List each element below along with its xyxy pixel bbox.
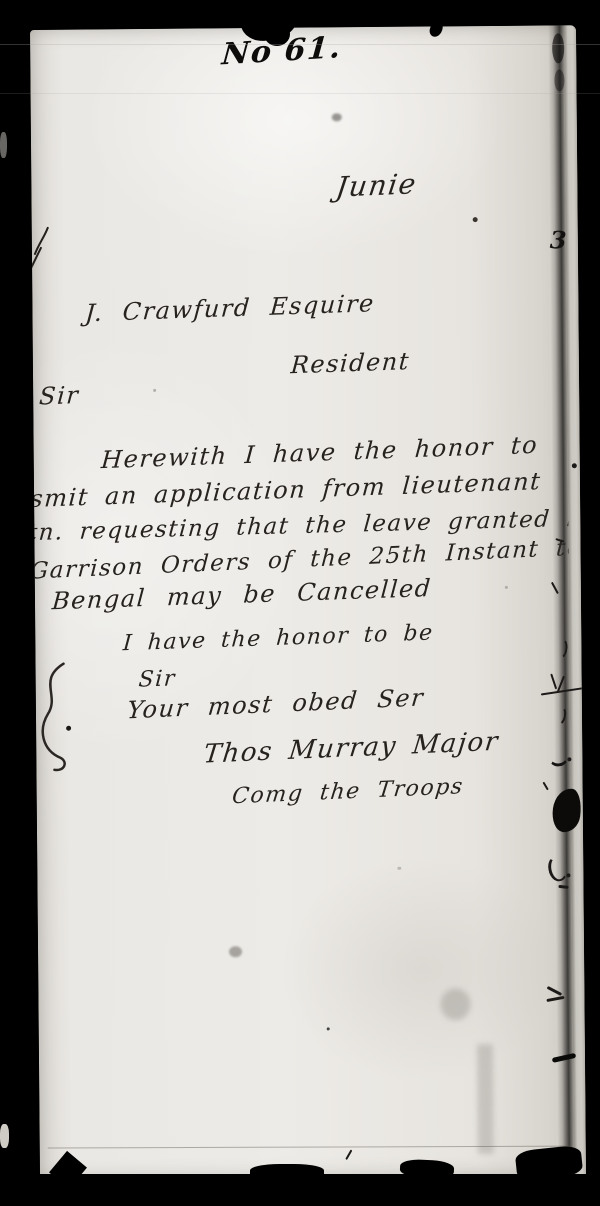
marginal-numeral: 3: [549, 225, 568, 254]
signature-title: Comg the Troops: [231, 774, 466, 809]
border-glint: [0, 1124, 9, 1148]
paper-speck: [229, 946, 242, 957]
signature-name: Thos Murray Major: [202, 727, 501, 770]
border-glint: [0, 132, 7, 158]
paper-speck: [327, 1027, 330, 1030]
ink-fragment-squiggle: [30, 662, 73, 780]
ink-fragment-dot: [567, 757, 571, 761]
paper-speck: [505, 586, 508, 589]
ink-fragment-dot: [572, 463, 577, 468]
recipient-name: J. Crawfurd Esquire: [84, 289, 376, 327]
salutation: Sir: [38, 381, 80, 410]
paper-speck: [473, 217, 478, 222]
closing-line: Sir: [138, 666, 177, 692]
ink-fragment-stroke: [542, 782, 548, 791]
paper-speck: [332, 113, 342, 121]
body-line: Herewith I have the honor to: [100, 431, 539, 474]
letter-date: Junie: [334, 167, 419, 204]
paper-sheet: No 61. Junie J. Crawfurd Esquire Residen…: [30, 25, 586, 1180]
closing-line: I have the honor to be: [122, 620, 434, 656]
ink-fragment-dot: [566, 873, 570, 877]
paper-stain: [477, 1044, 494, 1154]
ink-fragment-flourish: [30, 226, 50, 270]
gutter-stain: [552, 33, 564, 63]
scanline: [0, 93, 600, 94]
scanned-letter-page: No 61. Junie J. Crawfurd Esquire Residen…: [0, 0, 600, 1206]
ink-fragment-dot: [66, 726, 71, 731]
scanline: [0, 44, 600, 45]
scan-edge-blob: [264, 22, 290, 46]
ink-fragment-stroke: [345, 1149, 352, 1160]
paper-speck: [397, 867, 401, 870]
scan-edge-blob: [250, 1164, 324, 1180]
paper-speck: [440, 988, 470, 1020]
gutter-stain: [554, 69, 564, 91]
paper-speck: [153, 389, 156, 392]
recipient-title: Resident: [290, 347, 411, 379]
